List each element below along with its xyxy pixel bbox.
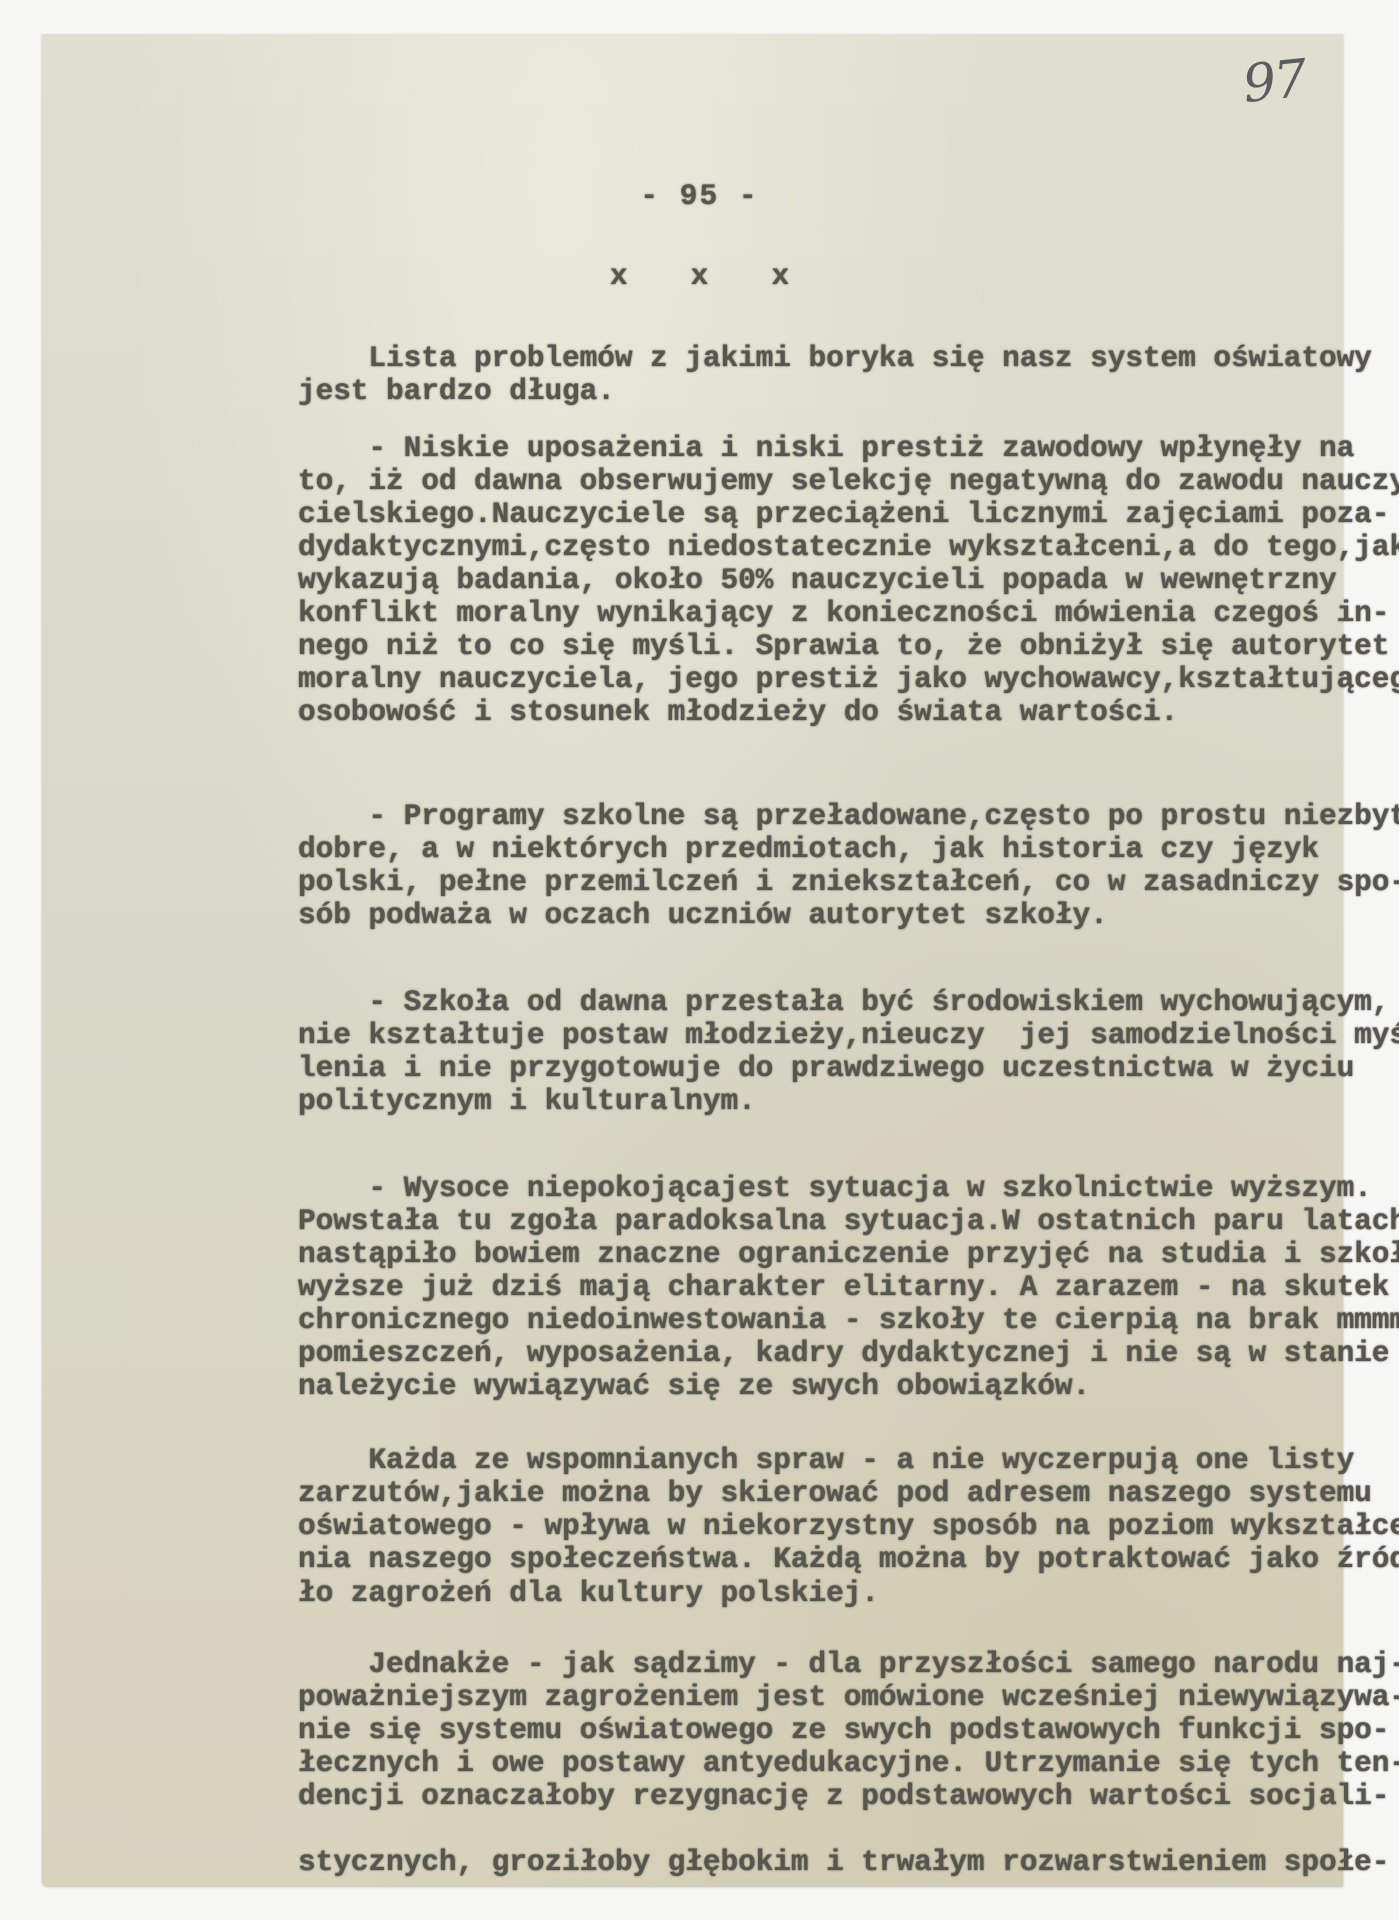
text-line: łecznych i owe postawy antyedukacyjne. U… bbox=[298, 1747, 1399, 1780]
text-line: politycznym i kulturalnym. bbox=[298, 1085, 756, 1118]
text-line: nie kształtuje postaw młodzieży,nieuczy … bbox=[298, 1019, 1399, 1052]
text-line: nego niż to co się myśli. Sprawia to, że… bbox=[298, 630, 1389, 663]
text-line: Powstała tu zgoła paradoksalna sytuacja.… bbox=[298, 1205, 1399, 1238]
text-line: konflikt moralny wynikający z koniecznoś… bbox=[298, 597, 1389, 630]
text-line: nie się systemu oświatowego ze swych pod… bbox=[298, 1714, 1389, 1747]
text-line: dobre, a w niektórych przedmiotach, jak … bbox=[298, 833, 1319, 866]
text-line: nia naszego społeczeństwa. Każdą można b… bbox=[298, 1543, 1399, 1576]
text-line: - Niskie uposażenia i niski prestiż zawo… bbox=[298, 432, 1354, 465]
text-line: chronicznego niedoinwestowania - szkoły … bbox=[298, 1304, 1399, 1337]
text-line: osobowość i stosunek młodzieży do świata… bbox=[298, 696, 1178, 729]
text-line: wykazują badania, około 50% nauczycieli … bbox=[298, 564, 1337, 597]
text-line: wyższe już dziś mają charakter elitarny.… bbox=[298, 1271, 1389, 1304]
text-line: jest bardzo długa. bbox=[298, 375, 615, 408]
text-line: zarzutów,jakie można by skierować pod ad… bbox=[298, 1477, 1372, 1510]
text-line: moralny nauczyciela, jego prestiż jako w… bbox=[298, 663, 1399, 696]
text-line: - Wysoce niepokojącajest sytuacja w szko… bbox=[298, 1172, 1372, 1205]
text-line: lenia i nie przygotowuje do prawdziwego … bbox=[298, 1052, 1354, 1085]
text-line: poważniejszym zagrożeniem jest omówione … bbox=[298, 1681, 1399, 1714]
text-line: sób podważa w oczach uczniów autorytet s… bbox=[298, 899, 1108, 932]
text-line: nastąpiło bowiem znaczne ograniczenie pr… bbox=[298, 1238, 1399, 1271]
text-line: ło zagrożeń dla kultury polskiej. bbox=[298, 1577, 879, 1610]
text-line: Każda ze wspomnianych spraw - a nie wycz… bbox=[298, 1444, 1354, 1477]
text-line: - Szkoła od dawna przestała być środowis… bbox=[298, 986, 1389, 1019]
text-line: oświatowego - wpływa w niekorzystny spos… bbox=[298, 1510, 1399, 1543]
text-line-cut-off: stycznych, groziłoby głębokim i trwałym … bbox=[298, 1846, 1389, 1886]
text-line: dencji oznaczałoby rezygnację z podstawo… bbox=[298, 1780, 1389, 1813]
text-line: cielskiego.Nauczyciele są przeciążeni li… bbox=[298, 498, 1389, 531]
text-line: polski, pełne przemilczeń i zniekształce… bbox=[298, 866, 1399, 899]
text-line: dydaktycznymi,często niedostatecznie wyk… bbox=[298, 531, 1399, 564]
body-text: Lista problemów z jakimi boryka się nasz… bbox=[298, 0, 1348, 1920]
text-line: to, iż od dawna obserwujemy selekcję neg… bbox=[298, 465, 1399, 498]
text-line: - Programy szkolne są przeładowane,częst… bbox=[298, 800, 1399, 833]
text-line: Lista problemów z jakimi boryka się nasz… bbox=[298, 342, 1372, 375]
text-line: należycie wywiązywać się ze swych obowią… bbox=[298, 1370, 1090, 1403]
text-line: pomieszczeń, wyposażenia, kadry dydaktyc… bbox=[298, 1337, 1389, 1370]
text-line: Jednakże - jak sądzimy - dla przyszłości… bbox=[298, 1648, 1399, 1681]
